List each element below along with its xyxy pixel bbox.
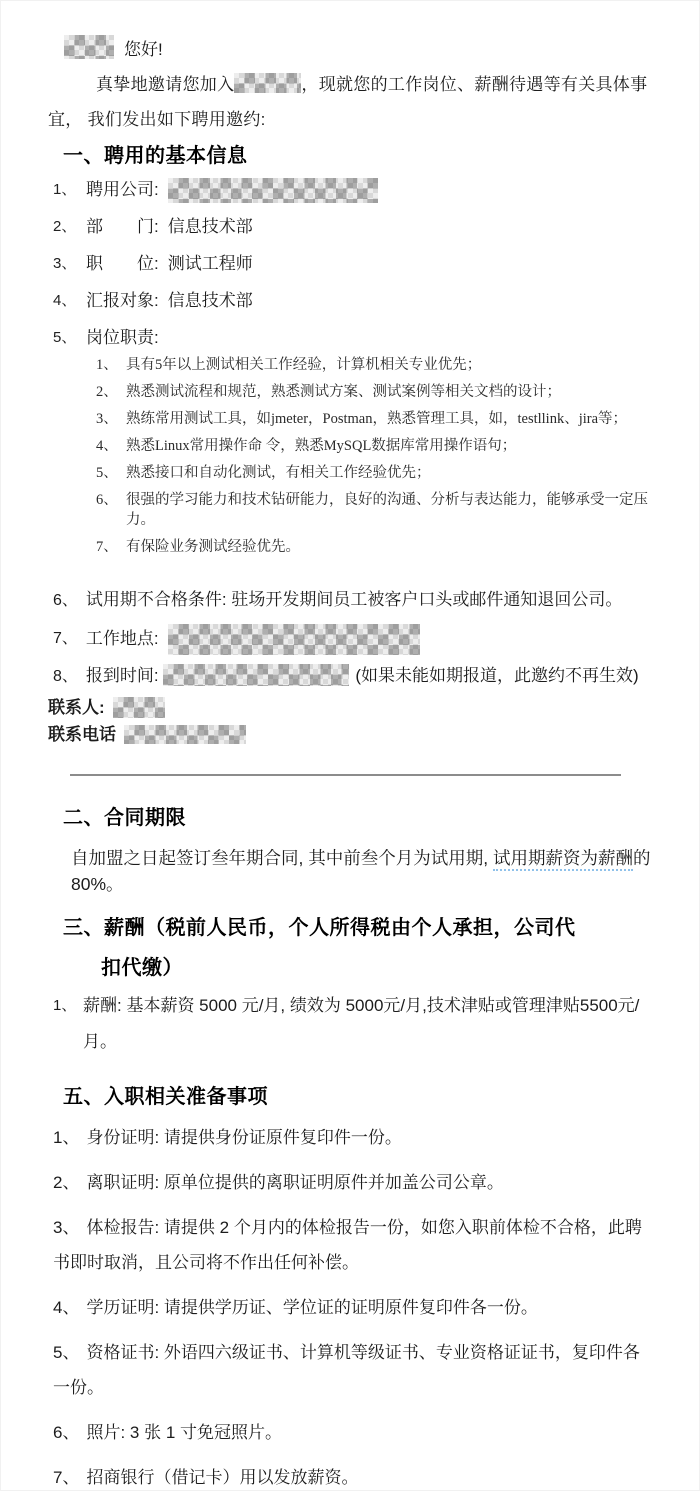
duty-text: 有保险业务测试经验优先。 bbox=[126, 537, 300, 557]
duty-number: 3、 bbox=[96, 409, 126, 429]
duty-number: 1、 bbox=[96, 355, 126, 375]
redacted-company-name-inline bbox=[234, 73, 301, 93]
duty-item: 4、熟悉Linux常用操作命 令，熟悉MySQL数据库常用操作语句； bbox=[96, 436, 654, 456]
duty-text: 具有5年以上测试相关工作经验，计算机相关专业优先； bbox=[126, 355, 481, 375]
item-number: 1、 bbox=[53, 177, 86, 203]
redacted-hiring-company bbox=[168, 178, 378, 203]
field-report-to: 4、 汇报对象: 信息技术部 bbox=[53, 288, 654, 314]
item-number: 8、 bbox=[53, 668, 78, 685]
item-number: 1、 bbox=[53, 988, 83, 1060]
duty-item: 1、具有5年以上测试相关工作经验，计算机相关专业优先； bbox=[96, 355, 654, 375]
intro-paragraph: 真挚地邀请您加入，现就您的工作岗位、薪酬待遇等有关具体事宜， 我们发出如下聘用邀… bbox=[48, 67, 654, 137]
section3-heading-line1: 三、薪酬（税前人民币，个人所得税由个人承担，公司代 bbox=[63, 914, 654, 942]
item-number: 4、 bbox=[53, 1298, 79, 1317]
onboarding-item-id: 1、身份证明: 请提供身份证原件复印件一份。 bbox=[53, 1120, 654, 1155]
duty-item: 2、熟悉测试流程和规范，熟悉测试方案、测试案例等相关文档的设计； bbox=[96, 382, 654, 402]
field-note: (如果未能如期报道，此邀约不再生效) bbox=[355, 666, 638, 685]
field-position: 3、 职 位: 测试工程师 bbox=[53, 251, 654, 277]
contact-name-line: 联系人: bbox=[48, 694, 654, 721]
field-label: 工作地点: bbox=[86, 626, 159, 652]
item-text: 招商银行（借记卡）用以发放薪资。 bbox=[86, 1468, 358, 1487]
item-text: 身份证明: 请提供身份证原件复印件一份。 bbox=[86, 1128, 401, 1147]
spellcheck-underlined-text: 试用期薪资为薪酬 bbox=[493, 848, 633, 871]
duty-item: 5、熟悉接口和自动化测试，有相关工作经验优先； bbox=[96, 463, 654, 483]
item-number: 1、 bbox=[53, 1128, 79, 1147]
duties-list: 1、具有5年以上测试相关工作经验，计算机相关专业优先； 2、熟悉测试流程和规范，… bbox=[96, 355, 654, 557]
field-label: 聘用公司: bbox=[86, 177, 159, 203]
salary-item: 1、 薪酬: 基本薪资 5000 元/月, 绩效为 5000元/月,技术津贴或管… bbox=[53, 988, 654, 1060]
field-label: 汇报对象: bbox=[86, 288, 159, 314]
field-label: 部 门: bbox=[86, 214, 159, 240]
salary-text: 薪酬: 基本薪资 5000 元/月, 绩效为 5000元/月,技术津贴或管理津贴… bbox=[83, 988, 654, 1060]
field-probation-fail: 6、试用期不合格条件: 驻场开发期间员工被客户口头或邮件通知退回公司。 bbox=[53, 587, 654, 614]
item-number: 3、 bbox=[53, 251, 86, 277]
item-number: 6、 bbox=[53, 592, 78, 609]
item-number: 2、 bbox=[53, 214, 86, 240]
onboarding-item-certificates: 5、资格证书: 外语四六级证书、计算机等级证书、专业资格证证书，复印件各一份。 bbox=[53, 1335, 654, 1405]
duty-number: 5、 bbox=[96, 463, 126, 483]
onboarding-item-resignation: 2、离职证明: 原单位提供的离职证明原件并加盖公司公章。 bbox=[53, 1165, 654, 1200]
section2-heading: 二、合同期限 bbox=[63, 805, 654, 831]
offer-letter-document: 您好! 真挚地邀请您加入，现就您的工作岗位、薪酬待遇等有关具体事宜， 我们发出如… bbox=[0, 0, 700, 1491]
field-value: 测试工程师 bbox=[168, 251, 253, 277]
section5-heading: 五、入职相关准备事项 bbox=[63, 1084, 654, 1110]
contract-text-before: 自加盟之日起签订叁年期合同, 其中前叁个月为试用期, bbox=[71, 848, 493, 868]
redacted-contact-name bbox=[113, 697, 165, 718]
field-label: 报到时间: bbox=[86, 666, 163, 685]
onboarding-item-bank-card: 7、招商银行（借记卡）用以发放薪资。 bbox=[53, 1460, 654, 1491]
field-value: 信息技术部 bbox=[168, 214, 253, 240]
duty-text: 熟悉测试流程和规范，熟悉测试方案、测试案例等相关文档的设计； bbox=[126, 382, 561, 402]
field-duties-label: 5、 岗位职责: bbox=[53, 325, 654, 351]
duty-text: 熟悉接口和自动化测试，有相关工作经验优先； bbox=[126, 463, 431, 483]
redacted-contact-phone bbox=[124, 725, 246, 744]
onboarding-item-medical: 3、体检报告: 请提供 2 个月内的体检报告一份，如您入职前体检不合格，此聘书即… bbox=[53, 1210, 654, 1280]
duty-number: 6、 bbox=[96, 490, 126, 530]
item-number: 5、 bbox=[53, 1343, 79, 1362]
duty-text: 很强的学习能力和技术钻研能力，良好的沟通、分析与表达能力，能够承受一定压力。 bbox=[126, 490, 654, 530]
item-text: 离职证明: 原单位提供的离职证明原件并加盖公司公章。 bbox=[86, 1173, 503, 1192]
field-report-date: 8、报到时间: (如果未能如期报道，此邀约不再生效) bbox=[53, 659, 654, 694]
item-text: 照片: 3 张 1 寸免冠照片。 bbox=[86, 1423, 282, 1442]
item-text: 学历证明: 请提供学历证、学位证的证明原件复印件各一份。 bbox=[86, 1298, 537, 1317]
duty-text: 熟练常用测试工具，如jmeter，Postman，熟悉管理工具，如，testll… bbox=[126, 409, 627, 429]
contract-term-paragraph: 自加盟之日起签订叁年期合同, 其中前叁个月为试用期, 试用期薪资为薪酬的80%。 bbox=[71, 845, 654, 897]
contact-phone-line: 联系电话 bbox=[48, 721, 654, 748]
onboarding-item-education: 4、学历证明: 请提供学历证、学位证的证明原件复印件各一份。 bbox=[53, 1290, 654, 1325]
item-number: 4、 bbox=[53, 288, 86, 314]
item-number: 5、 bbox=[53, 325, 86, 351]
contact-phone-label: 联系电话 bbox=[48, 725, 116, 744]
item-number: 6、 bbox=[53, 1423, 79, 1442]
item-number: 7、 bbox=[53, 1468, 79, 1487]
item-number: 3、 bbox=[53, 1218, 79, 1237]
item-text: 资格证书: 外语四六级证书、计算机等级证书、专业资格证证书，复印件各一份。 bbox=[53, 1343, 640, 1397]
field-hiring-company: 1、 聘用公司: bbox=[53, 177, 654, 203]
contact-name-label: 联系人: bbox=[48, 698, 105, 717]
section3-heading-line2: 扣代缴） bbox=[101, 954, 654, 982]
section1-heading: 一、聘用的基本信息 bbox=[63, 143, 654, 169]
greeting-text: 您好! bbox=[124, 40, 163, 59]
item-number: 2、 bbox=[53, 1173, 79, 1192]
duty-number: 7、 bbox=[96, 537, 126, 557]
redacted-work-location bbox=[168, 624, 420, 655]
field-label: 岗位职责: bbox=[86, 325, 159, 351]
intro-before: 真挚地邀请您加入 bbox=[96, 75, 234, 94]
item-text: 体检报告: 请提供 2 个月内的体检报告一份，如您入职前体检不合格，此聘书即时取… bbox=[53, 1218, 642, 1272]
duty-text: 熟悉Linux常用操作命 令，熟悉MySQL数据库常用操作语句； bbox=[126, 436, 516, 456]
field-text: 试用期不合格条件: 驻场开发期间员工被客户口头或邮件通知退回公司。 bbox=[86, 590, 622, 609]
field-label: 职 位: bbox=[86, 251, 159, 277]
field-department: 2、 部 门: 信息技术部 bbox=[53, 214, 654, 240]
onboarding-item-photos: 6、照片: 3 张 1 寸免冠照片。 bbox=[53, 1415, 654, 1450]
section-divider bbox=[70, 774, 621, 776]
duty-item: 3、熟练常用测试工具，如jmeter，Postman，熟悉管理工具，如，test… bbox=[96, 409, 654, 429]
field-work-location: 7、 工作地点: bbox=[53, 623, 654, 655]
item-number: 7、 bbox=[53, 626, 78, 652]
greeting-line: 您好! bbox=[64, 35, 654, 61]
redacted-report-date bbox=[163, 664, 349, 686]
duty-number: 4、 bbox=[96, 436, 126, 456]
duty-item: 7、有保险业务测试经验优先。 bbox=[96, 537, 654, 557]
field-value: 信息技术部 bbox=[168, 288, 253, 314]
duty-item: 6、很强的学习能力和技术钻研能力，良好的沟通、分析与表达能力，能够承受一定压力。 bbox=[96, 490, 654, 530]
redacted-recipient-name bbox=[64, 35, 114, 59]
duty-number: 2、 bbox=[96, 382, 126, 402]
